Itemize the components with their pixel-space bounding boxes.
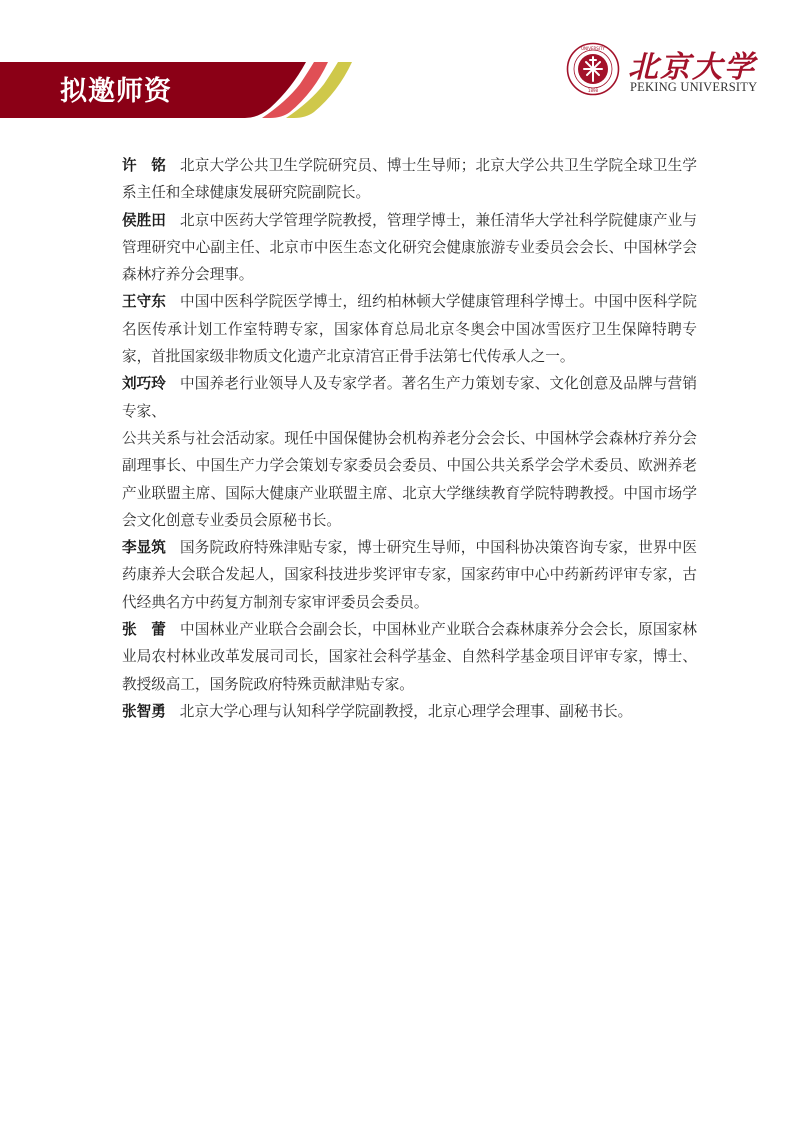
faculty-entry: 李显筑国务院政府特殊津贴专家，博士研究生导师，中国科协决策咨询专家，世界中医药康… <box>122 534 697 616</box>
faculty-entry: 王守东中国中医科学院医学博士，纽约柏林顿大学健康管理科学博士。中国中医科学院名医… <box>122 288 697 370</box>
university-logo: UNIVERSITY 1898 北京大学 PEKING UNIVERSITY <box>566 40 766 100</box>
faculty-name: 张智勇 <box>122 698 166 725</box>
faculty-entry: 侯胜田北京中医药大学管理学院教授，管理学博士，兼任清华大学社科学院健康产业与管理… <box>122 207 697 289</box>
faculty-entry: 刘巧玲中国养老行业领导人及专家学者。著名生产力策划专家、文化创意及品牌与营销专家… <box>122 370 697 534</box>
faculty-bio: 中国养老行业领导人及专家学者。著名生产力策划专家、文化创意及品牌与营销专家、 <box>122 375 697 419</box>
university-name-en: PEKING UNIVERSITY <box>630 80 757 95</box>
faculty-bio: 北京中医药大学管理学院教授，管理学博士，兼任清华大学社科学院健康产业与管理研究中… <box>122 212 697 284</box>
faculty-entry: 张智勇北京大学心理与认知科学学院副教授，北京心理学会理事、副秘书长。 <box>122 698 697 725</box>
peking-university-seal-icon: UNIVERSITY 1898 <box>566 42 620 96</box>
faculty-entry: 张 蕾中国林业产业联合会副会长，中国林业产业联合会森林康养分会会长，原国家林业局… <box>122 616 697 698</box>
faculty-bio: 国务院政府特殊津贴专家，博士研究生导师，中国科协决策咨询专家，世界中医药康养大会… <box>122 539 697 611</box>
faculty-name: 张 蕾 <box>122 616 166 643</box>
faculty-entry: 许 铭北京大学公共卫生学院研究员、博士生导师；北京大学公共卫生学院全球卫生学系主… <box>122 152 697 207</box>
faculty-name: 李显筑 <box>122 534 166 561</box>
faculty-bio: 中国林业产业联合会副会长，中国林业产业联合会森林康养分会会长，原国家林业局农村林… <box>122 621 697 693</box>
svg-text:UNIVERSITY: UNIVERSITY <box>581 46 605 51</box>
faculty-bio-continued: 公共关系与社会活动家。现任中国保健协会机构养老分会会长、中国林学会森林疗养分会副… <box>122 425 697 534</box>
faculty-name: 许 铭 <box>122 152 166 179</box>
faculty-name: 刘巧玲 <box>122 370 166 397</box>
faculty-list: 许 铭北京大学公共卫生学院研究员、博士生导师；北京大学公共卫生学院全球卫生学系主… <box>122 152 697 725</box>
svg-text:1898: 1898 <box>588 88 599 93</box>
faculty-name: 王守东 <box>122 288 166 315</box>
faculty-bio: 中国中医科学院医学博士，纽约柏林顿大学健康管理科学博士。中国中医科学院名医传承计… <box>122 293 697 365</box>
faculty-bio: 北京大学心理与认知科学学院副教授，北京心理学会理事、副秘书长。 <box>180 703 632 720</box>
faculty-name: 侯胜田 <box>122 207 166 234</box>
page-header: 拟邀师资 UNIVERSITY 1898 北京大学 PEKING UNIVERS… <box>0 0 800 130</box>
title-banner <box>0 58 370 122</box>
page-title: 拟邀师资 <box>60 70 172 114</box>
faculty-bio: 北京大学公共卫生学院研究员、博士生导师；北京大学公共卫生学院全球卫生学系主任和全… <box>122 157 697 201</box>
